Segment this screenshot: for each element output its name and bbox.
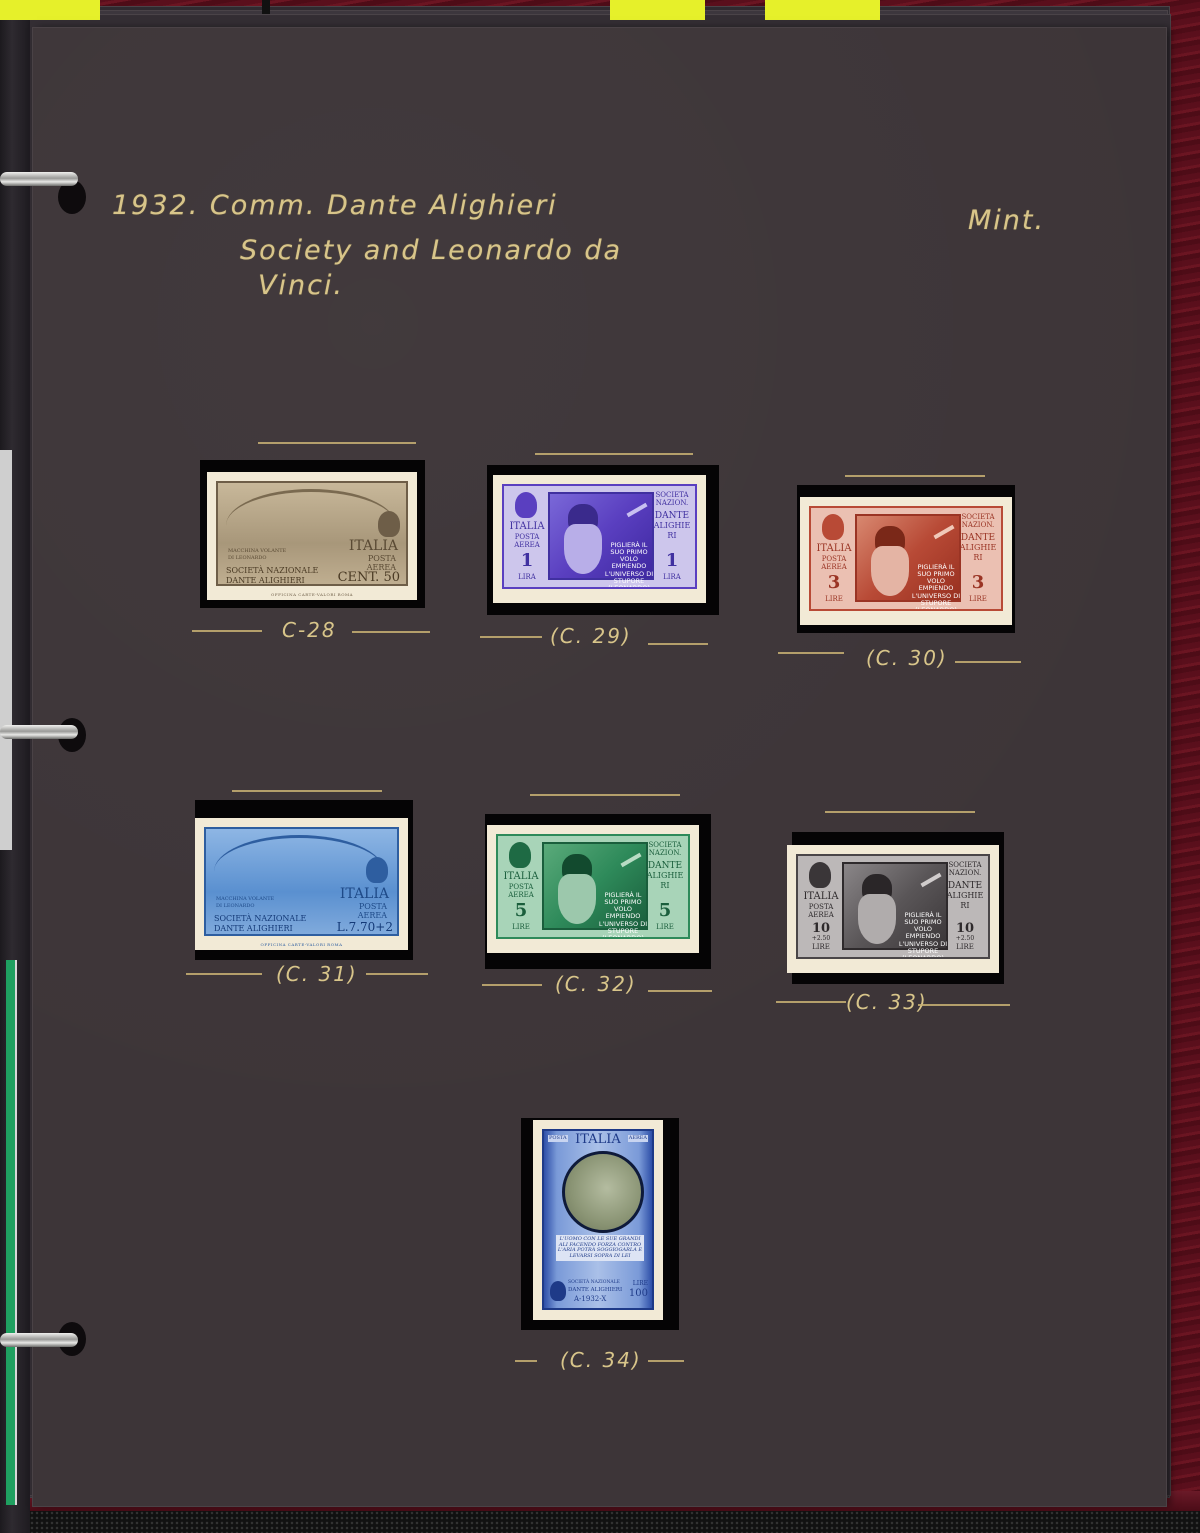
gold-rule bbox=[648, 990, 712, 992]
stamp-text: ALIGHIE bbox=[644, 872, 686, 880]
catalog-number: C-28 bbox=[282, 618, 337, 642]
stamp-value: L.7.70+2 bbox=[337, 921, 393, 933]
stamp-service: AEREA bbox=[358, 912, 387, 920]
stamp-text: POSTA bbox=[502, 884, 540, 891]
stamp-text: SOCIETA bbox=[651, 492, 693, 499]
stamp-text: RI bbox=[644, 882, 686, 890]
stamp-text: SOCIETA bbox=[644, 842, 686, 849]
catalog-number: (C. 33) bbox=[846, 990, 928, 1014]
gold-rule bbox=[776, 1001, 846, 1003]
stamp-society: DANTE ALIGHIERI bbox=[214, 925, 293, 933]
stamp-value: 1 bbox=[651, 552, 693, 570]
page-edge-green bbox=[6, 960, 17, 1505]
catalog-number: (C. 30) bbox=[866, 646, 948, 670]
title-note-line3: Vinci. bbox=[258, 270, 344, 301]
stamp-caption: MACCHINA VOLANTE bbox=[228, 549, 286, 554]
stamp-c34[interactable]: POSTA ITALIA AEREA L'UOMO CON LE SUE GRA… bbox=[533, 1120, 663, 1320]
stamp-country: ITALIA bbox=[349, 539, 398, 553]
stamp-value: 100 bbox=[629, 1289, 648, 1299]
table-surface bbox=[0, 1511, 1200, 1533]
stamp-text: ITALIA bbox=[815, 544, 853, 554]
catalog-number: (C. 31) bbox=[276, 962, 358, 986]
stamp-unit: LIRE bbox=[944, 944, 986, 951]
stamp-society: DANTE ALIGHIERI bbox=[226, 577, 305, 585]
stamp-value: 3 bbox=[957, 574, 999, 592]
stamp-text: SOCIETA bbox=[957, 514, 999, 521]
stamp-quote: L'UOMO CON LE SUE GRANDI ALI FACENDO FOR… bbox=[556, 1235, 644, 1261]
stamp-value: CENT. 50 bbox=[338, 571, 400, 584]
stamp-quote: PIGLIERÀ IL SUO PRIMO VOLO EMPIENDO L'UN… bbox=[604, 542, 654, 589]
page-edge-white bbox=[0, 450, 12, 850]
gold-rule bbox=[192, 630, 262, 632]
stamp-text: NAZION. bbox=[651, 500, 693, 507]
savoy-crest-icon bbox=[378, 511, 400, 537]
stamp-year: A-1932-X bbox=[574, 1296, 606, 1303]
stamp-text: ITALIA bbox=[802, 892, 840, 902]
catalog-number: (C. 32) bbox=[555, 972, 637, 996]
stamp-quote: PIGLIERÀ IL SUO PRIMO VOLO EMPIENDO L'UN… bbox=[598, 892, 648, 939]
savoy-crest-icon bbox=[809, 862, 831, 888]
stamp-text: AEREA bbox=[802, 912, 840, 919]
stamp-c33[interactable]: ITALIA POSTA AEREA 10 +2.50 LIRE PIGLIER… bbox=[787, 845, 999, 973]
stamp-c28[interactable]: ITALIA POSTA AEREA MACCHINA VOLANTE DI L… bbox=[207, 472, 417, 600]
stamp-caption: DI LEONARDO bbox=[228, 556, 267, 561]
catalog-number: (C. 34) bbox=[560, 1348, 642, 1372]
stamp-value: 5 bbox=[644, 902, 686, 920]
binder-ring-icon bbox=[0, 172, 78, 186]
savoy-crest-icon bbox=[515, 492, 537, 518]
stamp-unit: LIRE bbox=[802, 944, 840, 951]
condition-note: Mint. bbox=[968, 205, 1045, 236]
stamp-unit: LIRE bbox=[502, 924, 540, 931]
stamp-unit: LIRE bbox=[644, 924, 686, 931]
stamp-text: NAZION. bbox=[644, 850, 686, 857]
savoy-crest-icon bbox=[509, 842, 531, 868]
stamp-surcharge: +2.50 bbox=[802, 936, 840, 942]
leonardo-portrait: PIGLIERÀ IL SUO PRIMO VOLO EMPIENDO L'UN… bbox=[548, 492, 654, 580]
leonardo-medallion bbox=[562, 1151, 644, 1233]
gold-rule bbox=[366, 973, 428, 975]
stamp-text: DANTE bbox=[644, 862, 686, 871]
stamp-text: NAZION. bbox=[944, 870, 986, 877]
stamp-caption: DI LEONARDO bbox=[216, 904, 255, 909]
stamp-c31[interactable]: ITALIA POSTA AEREA MACCHINA VOLANTE DI L… bbox=[195, 818, 408, 950]
stamp-text: DANTE bbox=[651, 512, 693, 521]
catalog-number: (C. 29) bbox=[550, 624, 632, 648]
airplane-icon bbox=[626, 503, 647, 517]
stamp-surcharge: +2.50 bbox=[944, 936, 986, 942]
stamp-unit: LIRA bbox=[651, 574, 693, 581]
stamp-text: DANTE bbox=[957, 534, 999, 543]
binder-ring-icon bbox=[0, 1333, 78, 1347]
gold-rule bbox=[825, 811, 975, 813]
stamp-text: ALIGHIE bbox=[957, 544, 999, 552]
stamp-unit: LIRE bbox=[633, 1281, 648, 1287]
stamp-text: AEREA bbox=[815, 564, 853, 571]
stamp-text: DANTE bbox=[944, 882, 986, 891]
stamp-value: 5 bbox=[502, 902, 540, 920]
index-tab[interactable] bbox=[765, 0, 880, 20]
savoy-crest-icon bbox=[550, 1281, 566, 1301]
stamp-unit: LIRA bbox=[508, 574, 546, 581]
stamp-text: RI bbox=[957, 554, 999, 562]
gold-rule bbox=[845, 475, 985, 477]
gold-rule bbox=[352, 631, 430, 633]
index-tab-dark bbox=[262, 0, 270, 14]
gold-rule bbox=[515, 1360, 537, 1362]
stamp-value: 10 bbox=[944, 922, 986, 935]
leonardo-portrait: PIGLIERÀ IL SUO PRIMO VOLO EMPIENDO L'UN… bbox=[842, 862, 948, 950]
gold-rule bbox=[778, 652, 844, 654]
stamp-text: POSTA bbox=[508, 534, 546, 541]
stamp-caption: MACCHINA VOLANTE bbox=[216, 897, 274, 902]
binder-ring-icon bbox=[0, 725, 78, 739]
stamp-text: AEREA bbox=[508, 542, 546, 549]
stamp-text: NAZION. bbox=[957, 522, 999, 529]
stamp-text: ITALIA bbox=[502, 872, 540, 882]
index-tab[interactable] bbox=[0, 0, 100, 20]
stamp-text: RI bbox=[944, 902, 986, 910]
gold-rule bbox=[530, 794, 680, 796]
airplane-icon bbox=[933, 525, 954, 539]
gold-rule bbox=[480, 636, 542, 638]
gold-rule bbox=[648, 1360, 684, 1362]
gold-rule bbox=[186, 973, 262, 975]
stamp-service: POSTA bbox=[359, 903, 387, 911]
stamp-society: DANTE ALIGHIERI bbox=[568, 1288, 622, 1294]
stamp-text: ALIGHIE bbox=[944, 892, 986, 900]
stamp-text: SOCIETA bbox=[944, 862, 986, 869]
stamp-value: 1 bbox=[508, 552, 546, 570]
gold-rule bbox=[258, 442, 416, 444]
stamp-value: 10 bbox=[802, 922, 840, 935]
stamp-text: AEREA bbox=[628, 1135, 648, 1142]
stamp-c32[interactable]: ITALIA POSTA AEREA 5 LIRE PIGLIERÀ IL SU… bbox=[487, 825, 699, 953]
gold-rule bbox=[918, 1004, 1010, 1006]
stamp-c29[interactable]: ITALIA POSTA AEREA 1 LIRA PIGLIERÀ IL SU… bbox=[493, 475, 706, 603]
stamp-text: ALIGHIE bbox=[651, 522, 693, 530]
gold-rule bbox=[955, 661, 1021, 663]
stamp-unit: LIRE bbox=[815, 596, 853, 603]
leonardo-portrait: PIGLIERÀ IL SUO PRIMO VOLO EMPIENDO L'UN… bbox=[855, 514, 961, 602]
stamp-text: POSTA bbox=[815, 556, 853, 563]
stamp-imprint: OFFICINA CARTE-VALORI ROMA bbox=[195, 942, 408, 947]
stamp-society: SOCIETÀ NAZIONALE bbox=[214, 915, 306, 923]
index-tab[interactable] bbox=[610, 0, 705, 20]
gold-rule bbox=[232, 790, 382, 792]
stamp-society: SOCIETÀ NAZIONALE bbox=[568, 1281, 620, 1286]
stamp-text: AEREA bbox=[502, 892, 540, 899]
stamp-quote: PIGLIERÀ IL SUO PRIMO VOLO EMPIENDO L'UN… bbox=[898, 912, 948, 959]
stamp-text: ITALIA bbox=[508, 522, 546, 532]
gold-rule bbox=[648, 643, 708, 645]
title-note-line1: 1932. Comm. Dante Alighieri bbox=[112, 190, 558, 221]
savoy-crest-icon bbox=[366, 857, 388, 883]
stamp-service: POSTA bbox=[368, 555, 396, 563]
savoy-crest-icon bbox=[822, 514, 844, 540]
gold-rule bbox=[482, 984, 542, 986]
title-note-line2: Society and Leonardo da bbox=[240, 235, 622, 266]
stamp-value: 3 bbox=[815, 574, 853, 592]
stamp-society: SOCIETÀ NAZIONALE bbox=[226, 567, 318, 575]
gold-rule bbox=[535, 453, 693, 455]
stamp-text: POSTA bbox=[802, 904, 840, 911]
leonardo-portrait: PIGLIERÀ IL SUO PRIMO VOLO EMPIENDO L'UN… bbox=[542, 842, 648, 930]
airplane-icon bbox=[920, 873, 941, 887]
stamp-country: ITALIA bbox=[340, 887, 389, 901]
stamp-unit: LIRE bbox=[957, 596, 999, 603]
stamp-c30[interactable]: ITALIA POSTA AEREA 3 LIRE PIGLIERÀ IL SU… bbox=[800, 497, 1012, 625]
stamp-quote: PIGLIERÀ IL SUO PRIMO VOLO EMPIENDO L'UN… bbox=[911, 564, 961, 611]
stamp-imprint: OFFICINA CARTE-VALORI ROMA bbox=[207, 592, 417, 597]
airplane-icon bbox=[620, 853, 641, 867]
stamp-text: RI bbox=[651, 532, 693, 540]
